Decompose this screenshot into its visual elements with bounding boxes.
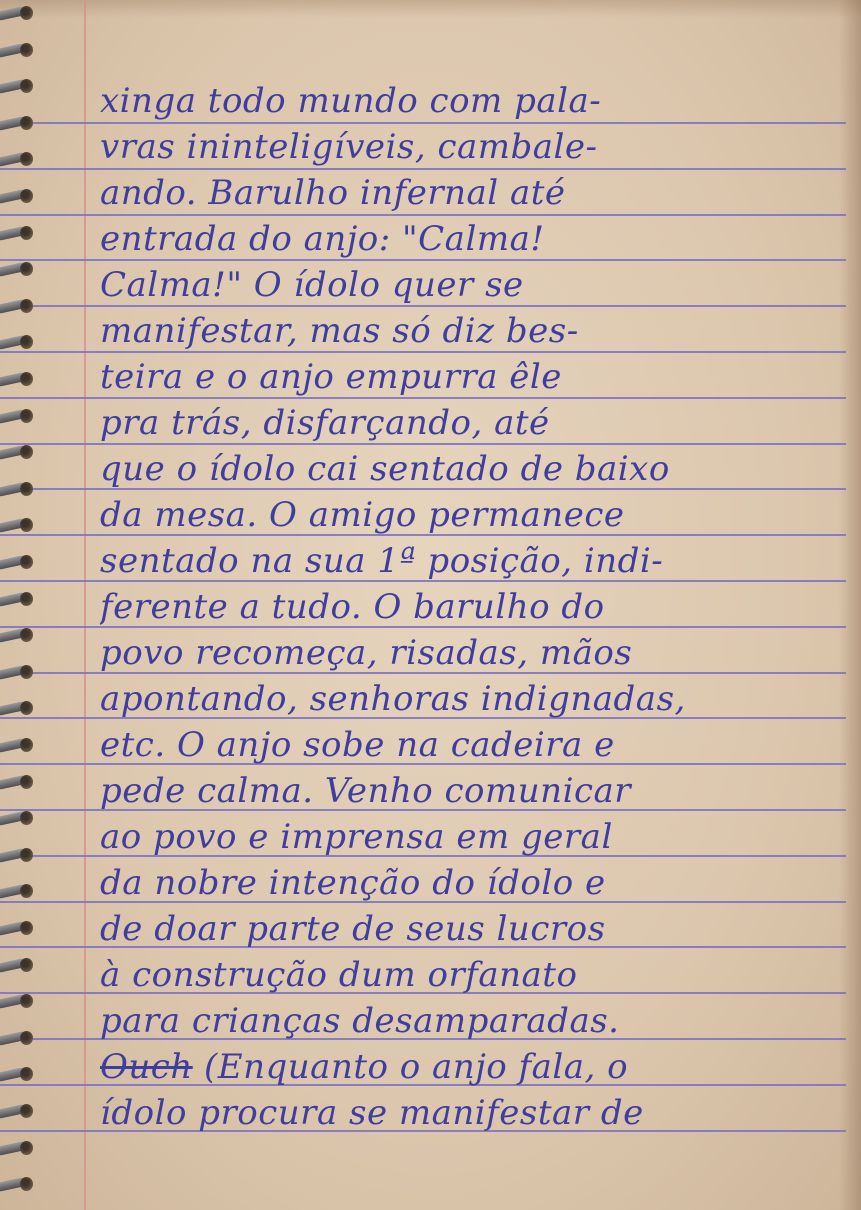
notebook-page: xinga todo mundo com pala- vras ininteli…: [0, 0, 861, 1210]
text-line-content: (Enquanto o anjo fala, o: [204, 1047, 628, 1087]
text-line: Ouch (Enquanto o anjo fala, o: [100, 1044, 840, 1090]
spiral-coil: [0, 187, 34, 205]
text-line: vras ininteligíveis, cambale-: [100, 124, 840, 170]
text-line: manifestar, mas só diz bes-: [100, 308, 840, 354]
spiral-coil: [0, 846, 34, 864]
page-top-shadow: [0, 0, 861, 18]
page-right-edge: [839, 0, 861, 1210]
text-line: pra trás, disfarçando, até: [100, 400, 840, 446]
text-line: para crianças desamparadas.: [100, 998, 840, 1044]
spiral-coil: [0, 1029, 34, 1047]
spiral-coil: [0, 77, 34, 95]
spiral-coil: [0, 224, 34, 242]
text-line: que o ídolo cai sentado de baixo: [100, 446, 840, 492]
spiral-coil: [0, 956, 34, 974]
text-line: entrada do anjo: "Calma!: [100, 216, 840, 262]
text-line: apontando, senhoras indignadas,: [100, 676, 840, 722]
text-line: ídolo procura se manifestar de: [100, 1090, 840, 1136]
spiral-coil: [0, 626, 34, 644]
struck-out-word: Ouch: [100, 1047, 193, 1087]
spiral-coil: [0, 516, 34, 534]
spiral-coil: [0, 370, 34, 388]
spiral-coil: [0, 297, 34, 315]
spiral-coil: [0, 41, 34, 59]
spiral-coil: [0, 333, 34, 351]
text-line: de doar parte de seus lucros: [100, 906, 840, 952]
spiral-coil: [0, 809, 34, 827]
spiral-coil: [0, 1139, 34, 1157]
spiral-coil: [0, 699, 34, 717]
spiral-coil: [0, 114, 34, 132]
spiral-coil: [0, 407, 34, 425]
spiral-coil: [0, 260, 34, 278]
text-line: sentado na sua 1ª posição, indi-: [100, 538, 840, 584]
text-line: da nobre intenção do ídolo e: [100, 860, 840, 906]
spiral-coil: [0, 1065, 34, 1083]
spiral-coil: [0, 663, 34, 681]
spiral-coil: [0, 4, 34, 22]
text-line: ao povo e imprensa em geral: [100, 814, 840, 860]
spiral-coil: [0, 919, 34, 937]
spiral-coil: [0, 1175, 34, 1193]
text-line: xinga todo mundo com pala-: [100, 78, 840, 124]
text-line: à construção dum orfanato: [100, 952, 840, 998]
spiral-coil: [0, 553, 34, 571]
spiral-coil: [0, 480, 34, 498]
spiral-coil: [0, 443, 34, 461]
text-line: ferente a tudo. O barulho do: [100, 584, 840, 630]
text-line: ando. Barulho infernal até: [100, 170, 840, 216]
spiral-coil: [0, 736, 34, 754]
margin-line: [84, 0, 86, 1210]
text-line: pede calma. Venho comunicar: [100, 768, 840, 814]
spiral-coil: [0, 150, 34, 168]
spiral-binding: [0, 0, 40, 1210]
text-line: da mesa. O amigo permanece: [100, 492, 840, 538]
text-line: teira e o anjo empurra êle: [100, 354, 840, 400]
handwritten-text: xinga todo mundo com pala- vras ininteli…: [100, 78, 840, 1136]
spiral-coil: [0, 590, 34, 608]
spiral-coil: [0, 1102, 34, 1120]
spiral-coil: [0, 992, 34, 1010]
text-line: povo recomeça, risadas, mãos: [100, 630, 840, 676]
spiral-coil: [0, 882, 34, 900]
text-line: etc. O anjo sobe na cadeira e: [100, 722, 840, 768]
spiral-coil: [0, 773, 34, 791]
text-line: Calma!" O ídolo quer se: [100, 262, 840, 308]
